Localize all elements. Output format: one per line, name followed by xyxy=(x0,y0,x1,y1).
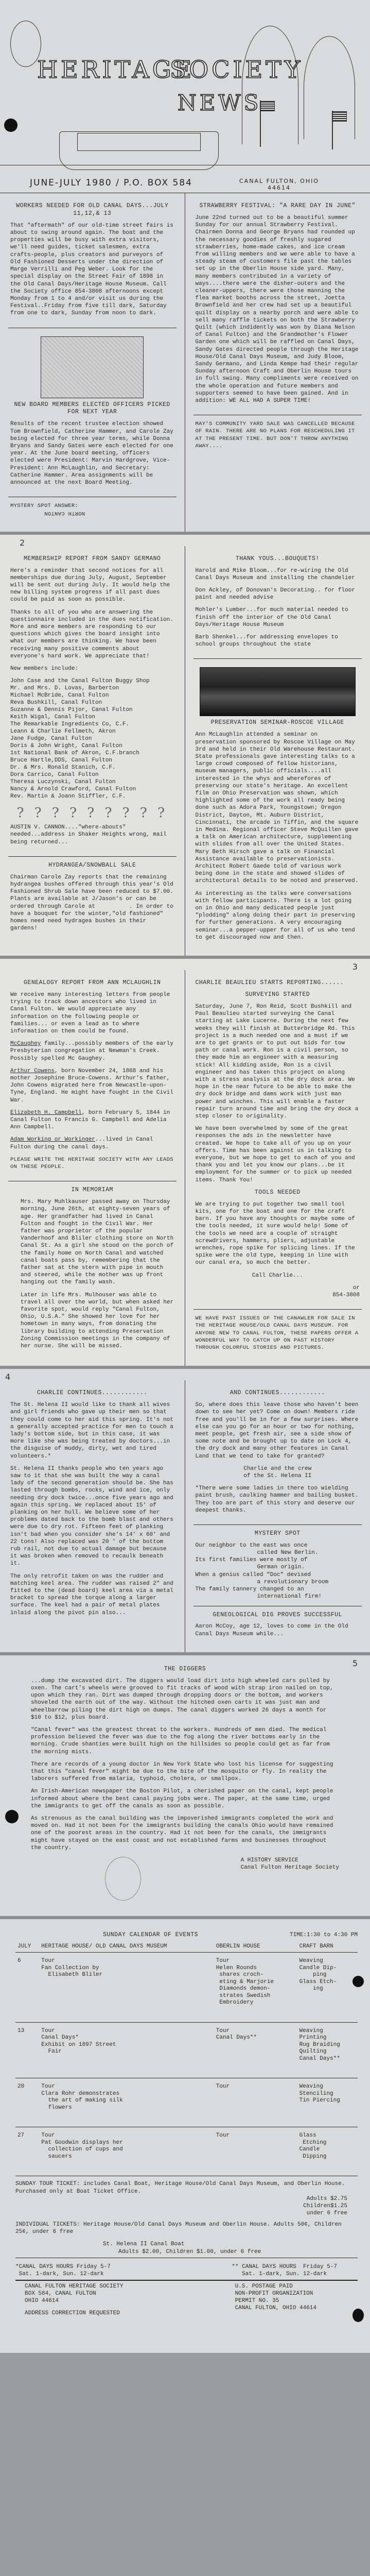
sunday-ticket-info: SUNDAY TOUR TICKET: includes Canal Boat,… xyxy=(15,2180,358,2195)
page-number: 5 xyxy=(353,1658,358,1668)
address-correction: ADDRESS CORRECTION REQUESTED xyxy=(25,2310,123,2317)
thank-you-item: Mohler's Lumber...for much material need… xyxy=(196,606,360,629)
genealogy-name: Elizabeth H. Campbell xyxy=(10,1110,82,1116)
new-member-item: Dr. & Mrs. Ronald Stanich, C.F. xyxy=(10,764,174,771)
thank-you-item: Barb Shenkel...for addressing envelopes … xyxy=(196,634,360,648)
firework-drawing-icon xyxy=(304,36,355,139)
mystery-spot-answer: MYSTERY SPOT ANSWER: NORTH CANTON xyxy=(8,497,177,527)
masthead-title-news: NEWS xyxy=(178,90,261,115)
calendar-cell: Tour Canal Days* Exhibit on 1897 Street … xyxy=(39,2022,214,2078)
headline: STRAWBERRY FESTIVAL: "A RARE DAY IN JUNE… xyxy=(196,202,360,210)
headline: MYSTERY SPOT xyxy=(196,1530,360,1538)
subhead: SURVEYING STARTED xyxy=(196,991,360,999)
calendar-cell: 20 xyxy=(15,2078,39,2127)
article-genealogy-report: GENEALOGY REPORT FROM ANN MCLAUGHLIN We … xyxy=(8,974,177,1181)
new-member-item: The Remarkable Ingredients Co, C.F. xyxy=(10,721,174,728)
mystery-line: international firm! xyxy=(196,1593,360,1600)
newsletter-page-4: 4 CHARLIE CONTINUES............ The St. … xyxy=(0,1366,370,1652)
calendar-row: 20Tour Clara Rohr demonstrates the art o… xyxy=(15,2078,358,2127)
calendar-column-header: OBERLIN HOUSE xyxy=(214,1941,297,1953)
thank-you-item: Don Ackley, of Donovan's Decorating.. fo… xyxy=(196,587,360,601)
calendar-cell: 13 xyxy=(15,2022,39,2078)
price-line: Children$1.25 xyxy=(15,2202,347,2210)
headline: PRESERVATION SEMINAR-ROSCOE VILLAGE xyxy=(196,719,360,727)
thank-you-item: Harold and Mike Bloom...for re-wiring th… xyxy=(196,567,360,582)
new-member-item: Leann & Charlie Fellmeth, Akron xyxy=(10,728,174,735)
headline: MEMBERSHIP REPORT FROM SANDY GERMANO xyxy=(10,555,174,563)
city-line: CANAL FULTON, OHIO 44614 xyxy=(239,178,319,191)
calendar-row: 13Tour Canal Days* Exhibit on 1897 Stree… xyxy=(15,2022,358,2078)
new-members-list: John Case and the Canal Fulton Buggy Sho… xyxy=(10,677,174,800)
newsletter-page-2: 2 MEMBERSHIP REPORT FROM SANDY GERMANO H… xyxy=(0,532,370,956)
headline: WORKERS NEEDED FOR OLD CANAL DAYS...JULY… xyxy=(10,202,174,218)
new-member-item: Reva Bushkill, Canal Fulton xyxy=(10,699,174,706)
article-charlie-reporting: CHARLIE BEAULIEU STARTS REPORTING...... … xyxy=(193,974,362,1310)
mystery-line: Our neighbor to the east was once xyxy=(196,1542,360,1549)
calendar-time: TIME:1:30 to 4:30 PM xyxy=(290,1932,358,1938)
new-member-item: Keith Wigal, Canal Fulton xyxy=(10,714,174,721)
address-line: OHIO 44614 xyxy=(25,2297,123,2304)
american-flag-icon xyxy=(260,101,275,111)
sunday-ticket-prices: Adults $2.75Children$1.25under 6 free xyxy=(15,2195,358,2217)
paragraph: There are records of a young doctor in N… xyxy=(31,1761,339,1783)
genealogy-entry: Arthur Cowens, born November 24, 1868 an… xyxy=(10,1067,174,1104)
newsletter-page-5: 5 THE DIGGERS ...dump the excavated dirt… xyxy=(0,1652,370,1916)
calendar-cell: Weaving Printing Rug Braiding Quilting C… xyxy=(297,2022,358,2078)
article-strawberry-festival: STRAWBERRY FESTIVAL: "A RARE DAY IN JUNE… xyxy=(193,197,362,415)
phone-number: 854-3808 xyxy=(196,1292,360,1299)
genealogy-entry: McCaughey family...possibly members of t… xyxy=(10,1040,174,1062)
address-line: BOX 584, CANAL FULTON xyxy=(25,2290,123,2297)
roscoe-village-photo xyxy=(200,667,356,716)
calendar-cell: 27 xyxy=(15,2127,39,2176)
calendar-cell: Weaving Stenciling Tin Piercing xyxy=(297,2078,358,2127)
article-thank-yous: THANK YOUS...BOUQUETS! Harold and Mike B… xyxy=(193,550,362,659)
paragraph: An Irish-American newspaper the Boston P… xyxy=(31,1788,339,1810)
appeal: PLEASE WRITE THE HERITAGE SOCIETY WITH A… xyxy=(10,1156,174,1171)
price-line: under 6 free xyxy=(15,2210,347,2217)
calendar-table: JULYHERITAGE HOUSE/ OLD CANAL DAYS MUSEU… xyxy=(15,1941,358,2177)
article-mystery-spot: MYSTERY SPOT Our neighbor to the east wa… xyxy=(193,1525,362,1606)
genealogy-entry: Adam Working or Workinger...lived in Can… xyxy=(10,1136,174,1150)
headline: IN MEMORIAM xyxy=(10,1187,174,1194)
article-charlie-continues: CHARLIE CONTINUES............ The St. He… xyxy=(8,1384,177,1627)
article-in-memoriam: IN MEMORIAM Mrs. Mary Muhlkauser passed … xyxy=(8,1181,177,1360)
calendar-column-header: CRAFT BARN xyxy=(297,1941,358,1953)
new-member-item: Suzanne & Dennis Pijor, Canal Fulton xyxy=(10,706,174,714)
body: June 22nd turned out to be a beautiful s… xyxy=(196,214,360,404)
new-member-item: Mr. and Mrs. D. Lovas, Barberton xyxy=(10,685,174,692)
new-member-item: Doris & John Wright, Canal Fulton xyxy=(10,742,174,750)
individual-tickets-info: INDIVIDUAL TICKETS: Heritage House/Old C… xyxy=(15,2221,358,2235)
masthead-title-society: SOCIETY xyxy=(170,56,303,83)
calendar-cell: Tour xyxy=(214,2078,297,2127)
tools-headline: TOOLS NEEDED xyxy=(196,1189,360,1197)
new-member-item: Rev. Martin & Joann Stiffler, C.F. xyxy=(10,793,174,800)
mystery-line: Its first families were mostly of xyxy=(196,1556,360,1564)
binder-hole xyxy=(353,2309,364,2322)
headline: GENEOLOGICAL DIG PROVES SUCCESSFUL xyxy=(196,1612,360,1619)
sun-drawing-icon xyxy=(10,21,41,67)
mystery-line: a revolutionary broom xyxy=(196,1579,360,1586)
calendar-cell: Tour xyxy=(214,2127,297,2176)
mystery-line: German origin. xyxy=(196,1564,360,1571)
binder-hole xyxy=(4,118,17,132)
canal-waterline xyxy=(0,165,370,165)
paragraph: As strenuous as the canal building was t… xyxy=(31,1815,339,1852)
genealogy-entries: McCaughey family...possibly members of t… xyxy=(10,1040,174,1151)
new-member-item: Theresa Luczynski, Canal Fulton xyxy=(10,778,174,786)
heritage-society-seal-icon xyxy=(105,1857,141,1901)
genealogy-name: McCaughey xyxy=(10,1041,41,1047)
new-member-item: John Case and the Canal Fulton Buggy Sho… xyxy=(10,677,174,685)
headline: NEW BOARD MEMBERS ELECTED OFFICERS PICKE… xyxy=(10,401,174,417)
american-flag-icon xyxy=(332,111,347,122)
postage-indicia: U.S. POSTAGE PAIDNON-PROFIT ORGANIZATION… xyxy=(235,2283,316,2317)
canal-boat-drawing-icon xyxy=(59,131,219,170)
mystery-line: When a genius called "Doc" devised xyxy=(196,1571,360,1579)
article-membership-report: MEMBERSHIP REPORT FROM SANDY GERMANO Her… xyxy=(8,550,177,857)
calendar-column-header: HERITAGE HOUSE/ OLD CANAL DAYS MUSEUM xyxy=(39,1941,214,1953)
new-member-item: Michael McBride, Canal Fulton xyxy=(10,692,174,699)
article-board-members: NEW BOARD MEMBERS ELECTED OFFICERS PICKE… xyxy=(8,328,177,498)
article-genealogical-dig: GENEOLOGICAL DIG PROVES SUCCESSFUL Aaron… xyxy=(193,1606,362,1648)
upside-down-answer: NORTH CANTON xyxy=(44,510,85,517)
mystery-poem: Our neighbor to the east was oncecalled … xyxy=(196,1542,360,1601)
headline: GENEALOGY REPORT FROM ANN MCLAUGHLIN xyxy=(10,979,174,987)
postage-line: CANAL FULTON, OHIO 44614 xyxy=(235,2304,316,2312)
calendar-row: 27Tour Pat Goodwin displays her collecti… xyxy=(15,2127,358,2176)
page-number: 4 xyxy=(5,1372,10,1382)
calendar-cell: Tour Pat Goodwin displays her collection… xyxy=(39,2127,214,2176)
calendar-cell: 6 xyxy=(15,1953,39,2023)
new-member-item: Bruce Hartle,DDS, Canal Fulton xyxy=(10,757,174,764)
issue-dateline: JUNE-JULY 1980 / P.O. BOX 584 xyxy=(30,178,192,188)
headline: HYDRANGEA/SNOWBALL SALE xyxy=(10,862,174,870)
calendar-title: SUNDAY CALENDAR OF EVENTS xyxy=(103,1931,198,1939)
body: That "aftermath" of our old-time street … xyxy=(10,222,174,317)
mystery-line: called New Berlin. xyxy=(196,1549,360,1556)
footnote: *There were some ladies in there too wie… xyxy=(196,1485,360,1514)
postage-line: NON-PROFIT ORGANIZATION xyxy=(235,2290,316,2297)
price-line: Adults $2.75 xyxy=(15,2195,347,2202)
masthead: HERITAGE SOCIETY NEWS JUNE-JULY 1980 / P… xyxy=(0,0,370,193)
new-member-item: Jane Fudge, Canal Fulton xyxy=(10,735,174,742)
calendar-cell: Tour Helen Rounds shares croch- eting & … xyxy=(214,1953,297,2023)
firework-drawing-icon xyxy=(242,26,298,144)
calendar-column-header: JULY xyxy=(15,1941,39,1953)
address-line: CANAL FULTON HERITAGE SOCIETY xyxy=(25,2283,123,2290)
calendar-cell: Tour Fan Collection by Elisabeth Bliler xyxy=(39,1953,214,2023)
calendar-cell: Tour Canal Days** xyxy=(214,2022,297,2078)
calendar-cell: Tour Clara Rohr demonstrates the art of … xyxy=(39,2078,214,2127)
page-number: 2 xyxy=(20,538,25,548)
article-and-continues: AND CONTINUES............ So, where does… xyxy=(193,1384,362,1525)
binder-hole xyxy=(353,1976,364,1987)
body: Results of the recent trustee election s… xyxy=(10,420,174,486)
paragraph: "Canal fever" was the greatest threat to… xyxy=(31,1726,339,1756)
calendar-cell: Glass Etching Candle Dipping xyxy=(297,2127,358,2176)
article-preservation-seminar: PRESERVATION SEMINAR-ROSCOE VILLAGE Ann … xyxy=(193,659,362,952)
genealogy-name: Adam Working or Workinger xyxy=(10,1137,95,1143)
article-hydrangea-sale: HYDRANGEA/SNOWBALL SALE Chairman Carole … xyxy=(8,857,177,943)
board-table-illustration xyxy=(41,336,144,398)
headline: THE DIGGERS xyxy=(31,1666,339,1673)
question-marks-decoration: ? ? ? ? ? ? ? ? ? xyxy=(10,805,174,821)
newsletter-page-3: 3 GENEALOGY REPORT FROM ANN MCLAUGHLIN W… xyxy=(0,956,370,1366)
new-member-item: Nancy & Arnold Crawford, Canal Fulton xyxy=(10,786,174,793)
genealogy-entry: Elizabeth H. Campbell, born February 5, … xyxy=(10,1109,174,1131)
headline: AND CONTINUES............ xyxy=(196,1389,360,1397)
notice-canawler: WE HAVE PAST ISSUES OF THE CANAWLER FOR … xyxy=(193,1310,362,1362)
new-member-item: 1st National Bank of Akron, C.F.branch xyxy=(10,750,174,757)
headline: CHARLIE BEAULIEU STARTS REPORTING...... xyxy=(196,979,360,987)
binder-hole xyxy=(5,1810,19,1823)
calendar-mailer-page: SUNDAY CALENDAR OF EVENTS TIME:1:30 to 4… xyxy=(0,1916,370,2353)
article-the-diggers: ...dump the excavated dirt. The diggers … xyxy=(31,1677,339,1852)
mystery-line: The family tannery changed to an xyxy=(196,1586,360,1593)
new-member-item: Dora Carrico, Canal Fulton xyxy=(10,771,174,778)
article-workers-needed: WORKERS NEEDED FOR OLD CANAL DAYS...JULY… xyxy=(8,197,177,328)
thanks-list: Harold and Mike Bloom...for re-wiring th… xyxy=(196,567,360,649)
canal-days-hours-double: ** CANAL DAYS HOURS Friday 5-7 Sat. 1-da… xyxy=(232,2263,337,2278)
postage-line: U.S. POSTAGE PAID xyxy=(235,2283,316,2290)
headline: CHARLIE CONTINUES............ xyxy=(10,1389,174,1397)
return-address: CANAL FULTON HERITAGE SOCIETYBOX 584, CA… xyxy=(25,2283,123,2304)
newsletter-page-1: HERITAGE SOCIETY NEWS JUNE-JULY 1980 / P… xyxy=(0,0,370,532)
calendar-cell: Weaving Candle Dip- ping Glass Etch- ing xyxy=(297,1953,358,2023)
notice-yard-sale: MAY'S COMMUNITY YARD SALE WAS CANCELLED … xyxy=(193,415,362,460)
genealogy-name: Arthur Cowens xyxy=(10,1068,55,1074)
whereabouts-notice: AUSTIN V. CANNON...."where-abouts" neede… xyxy=(10,824,174,846)
page-number: 3 xyxy=(353,962,358,972)
canal-days-hours-single: *CANAL DAYS HOURS Friday 5-7 Sat. 1-dark… xyxy=(15,2263,111,2278)
calendar-row: 6Tour Fan Collection by Elisabeth Bliler… xyxy=(15,1953,358,2023)
paragraph: ...dump the excavated dirt. The diggers … xyxy=(31,1677,339,1721)
postage-line: PERMIT NO. 35 xyxy=(235,2297,316,2304)
headline: THANK YOUS...BOUQUETS! xyxy=(196,555,360,563)
